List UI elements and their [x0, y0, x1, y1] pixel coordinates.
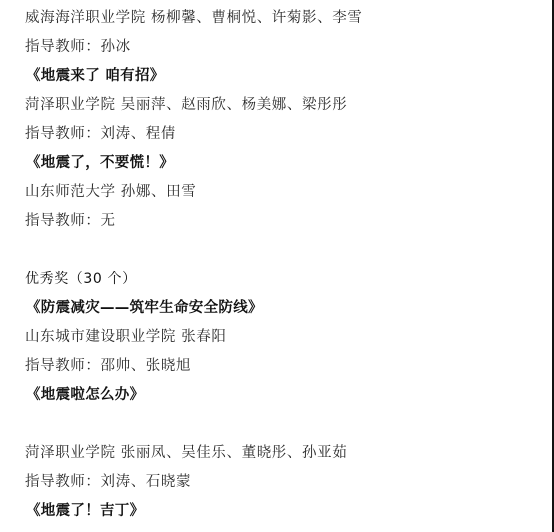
document-page: 威海海洋职业学院 杨柳馨、曹桐悦、许菊影、李雪 指导教师：孙冰 《地震来了 咱有… — [0, 0, 552, 532]
entry-school-students: 山东城市建设职业学院 张春阳 — [25, 323, 532, 352]
blank-line — [25, 236, 532, 265]
entry-school-students: 菏泽职业学院 张丽凤、吴佳乐、董晓彤、孙亚茹 — [25, 439, 532, 468]
entry-title: 《防震减灾——筑牢生命安全防线》 — [26, 294, 532, 323]
section-heading-excellence-award: 优秀奖（30 个） — [25, 265, 532, 294]
entry-school-students: 威海海洋职业学院 杨柳馨、曹桐悦、许菊影、李雪 — [25, 4, 532, 33]
entry-advisor: 指导教师：孙冰 — [25, 33, 532, 62]
entry-advisor: 指导教师：刘涛、程倩 — [25, 120, 532, 149]
entry-title: 《地震了！吉丁》 — [26, 497, 532, 526]
entry-school-students: 山东师范大学 孙娜、田雪 — [25, 178, 532, 207]
award-list: 威海海洋职业学院 杨柳馨、曹桐悦、许菊影、李雪 指导教师：孙冰 《地震来了 咱有… — [25, 4, 532, 526]
entry-title: 《地震了，不要慌！》 — [26, 149, 532, 178]
entry-school-students: 菏泽职业学院 吴丽萍、赵雨欣、杨美娜、梁彤彤 — [25, 91, 532, 120]
entry-advisor: 指导教师：无 — [25, 207, 532, 236]
entry-advisor: 指导教师：刘涛、石晓蒙 — [25, 468, 532, 497]
blank-line — [25, 410, 532, 439]
entry-title: 《地震啦怎么办》 — [26, 381, 532, 410]
entry-title: 《地震来了 咱有招》 — [26, 62, 532, 91]
entry-advisor: 指导教师：邵帅、张晓旭 — [25, 352, 532, 381]
